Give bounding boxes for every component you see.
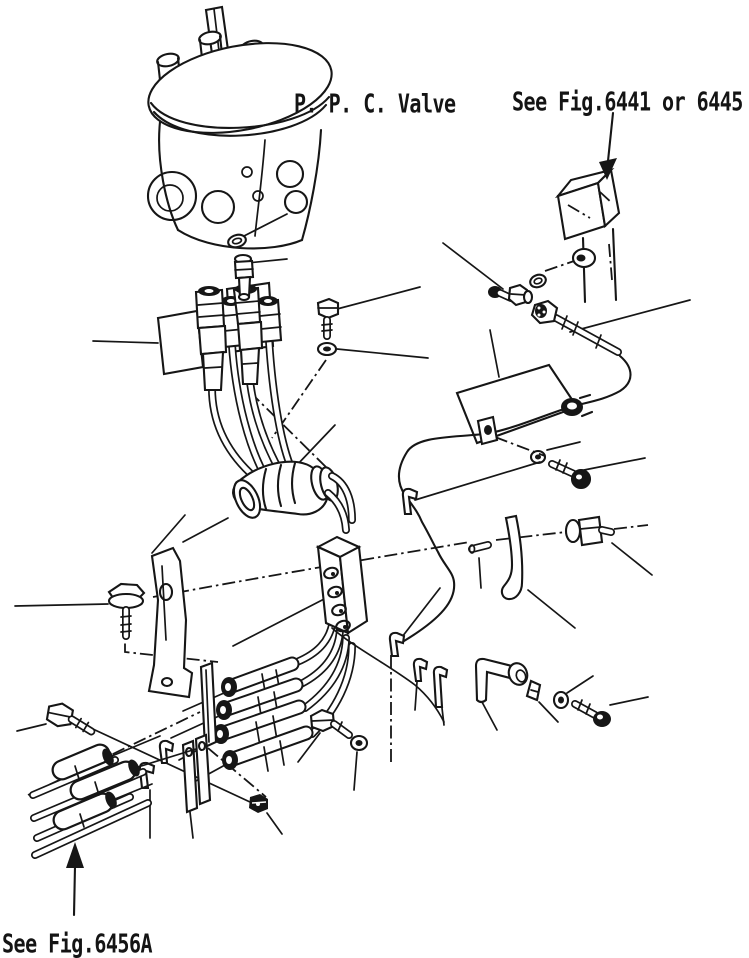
bolt — [318, 299, 338, 336]
washer — [554, 692, 568, 708]
center-lines — [28, 244, 648, 797]
mounting-plate-large — [457, 365, 577, 443]
diagram-canvas — [0, 0, 749, 958]
socket-bolt — [552, 460, 590, 488]
hose-fitting — [222, 733, 306, 771]
washer — [318, 343, 336, 355]
see-fig-6441-label: See Fig.6441 or 6445 — [512, 86, 743, 117]
column-hub — [573, 249, 595, 267]
mounting-plate-left — [158, 311, 203, 374]
elbow-tube — [476, 659, 530, 702]
valve-box — [558, 170, 619, 239]
manifold-block — [318, 537, 367, 633]
parts-diagram-page: P. P. C. Valve See Fig.6441 or 6445 See … — [0, 0, 749, 958]
socket-bolt — [575, 700, 611, 727]
tall-bracket — [149, 548, 192, 697]
washer — [351, 736, 367, 750]
hose-clamp — [478, 417, 497, 444]
valve-column — [573, 229, 616, 302]
wedge-clamp — [527, 681, 540, 700]
flanged-bolt — [566, 517, 611, 545]
pilot-hose-end — [532, 301, 618, 352]
elbow-fitting — [488, 285, 532, 305]
bolt — [109, 584, 144, 636]
spacer-sleeve — [470, 545, 489, 553]
arrow-to-fig6441 — [599, 113, 617, 180]
hose-clip — [390, 633, 404, 656]
arrow-to-fig6456a — [66, 842, 84, 915]
washer — [531, 451, 545, 463]
clamp-strap — [201, 663, 216, 747]
o-ring — [528, 273, 547, 290]
ppc-valve-label: P. P. C. Valve — [294, 88, 456, 119]
hose-clip — [414, 659, 427, 681]
bolt — [45, 701, 96, 735]
o-ring — [227, 233, 247, 249]
see-fig-6456a-label: See Fig.6456A — [2, 928, 152, 958]
hose-clip — [434, 667, 447, 707]
hose-nut-stack — [196, 286, 226, 390]
strap-bracket — [502, 516, 522, 599]
ppc-valve-assembly — [141, 7, 340, 248]
